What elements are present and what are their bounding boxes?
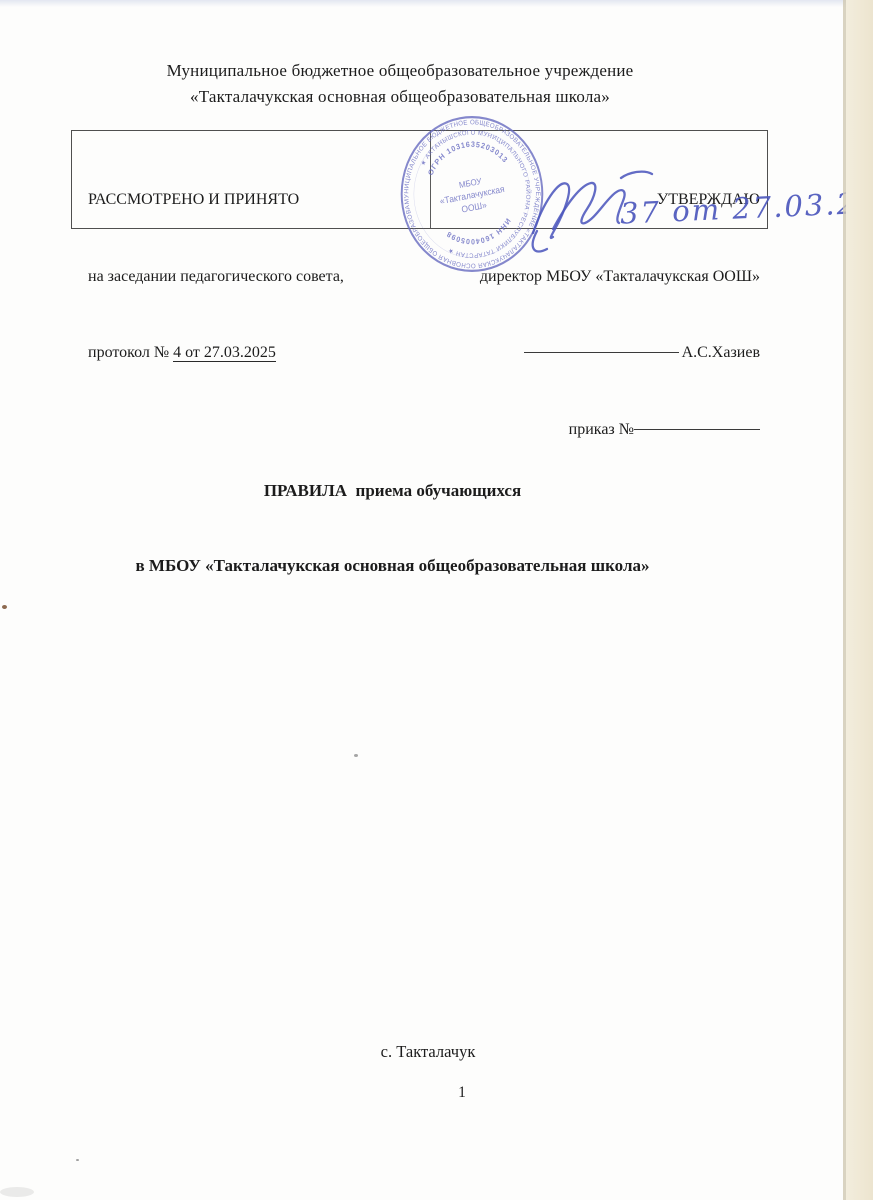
title-line1: ПРАВИЛА приема обучающихся bbox=[0, 478, 785, 503]
signature-stroke-3 bbox=[621, 172, 652, 178]
document-title: ПРАВИЛА приема обучающихся в МБОУ «Такта… bbox=[0, 428, 785, 628]
scan-speck bbox=[2, 605, 7, 609]
title-line2: в МБОУ «Такталачукская основная общеобра… bbox=[0, 553, 785, 578]
document-header: Муниципальное бюджетное общеобразователь… bbox=[0, 58, 800, 110]
org-name-line2: «Такталачукская основная общеобразовател… bbox=[0, 84, 800, 110]
reviewed-cell: РАССМОТРЕНО И ПРИНЯТО на заседании педаг… bbox=[72, 131, 431, 228]
scan-smudge bbox=[0, 1187, 34, 1197]
signature-rule bbox=[524, 351, 679, 353]
stamp-center-line3: ООШ» bbox=[461, 199, 488, 214]
scanned-page: Муниципальное бюджетное общеобразователь… bbox=[0, 0, 873, 1200]
protocol-value: 4 от 27.03.2025 bbox=[173, 344, 276, 362]
reviewed-title: РАССМОТРЕНО И ПРИНЯТО bbox=[88, 187, 422, 213]
org-name-line1: Муниципальное бюджетное общеобразователь… bbox=[0, 58, 800, 84]
signature-stroke-2 bbox=[553, 183, 625, 229]
scan-speck bbox=[354, 754, 358, 757]
reviewed-line2: на заседании педагогического совета, bbox=[88, 264, 422, 290]
scan-edge-band bbox=[846, 0, 873, 1200]
signatory-name: А.С.Хазиев bbox=[682, 344, 760, 361]
signature-stroke-4 bbox=[533, 231, 547, 252]
page-number: 1 bbox=[440, 1084, 484, 1102]
protocol-prefix: протокол № bbox=[88, 344, 173, 361]
signature-line: А.С.Хазиев bbox=[431, 340, 760, 366]
scan-top-shadow bbox=[0, 0, 873, 7]
protocol-line: протокол № 4 от 27.03.2025 bbox=[88, 340, 422, 366]
scan-speck bbox=[76, 1159, 79, 1161]
footer-location: с. Такталачук bbox=[0, 1042, 856, 1062]
